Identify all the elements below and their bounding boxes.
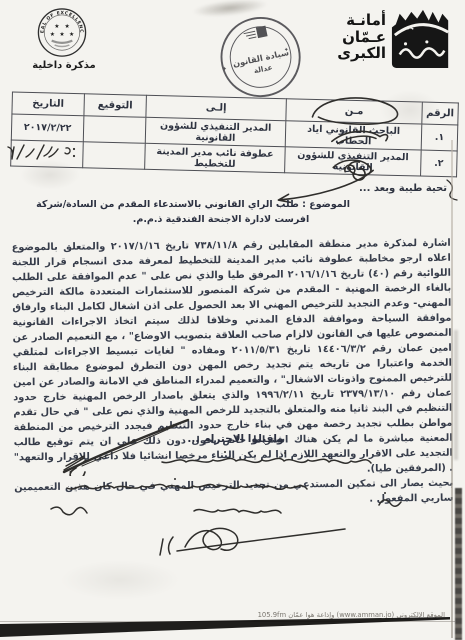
logo-line-1: أمانـة: [312, 12, 386, 29]
subject-line-2: افرست لادارة الاجنحة الفندقية ذ.م.م.: [92, 212, 350, 227]
svg-text:★: ★: [50, 31, 55, 38]
row2-signature-cell: [83, 142, 146, 170]
row2-to: عطوفة نائب مدير المدينة للتخطيط: [145, 143, 286, 172]
municipality-logo-text: أمانـة عـمّان الكبرى: [312, 12, 386, 62]
stamp-text-line2: عدالة: [253, 63, 273, 76]
amman-municipality-emblem-icon: [388, 6, 456, 74]
svg-text:★: ★: [69, 31, 74, 38]
handwritten-date: [0, 136, 80, 176]
scan-edge-bar: [0, 617, 458, 639]
document-type-label: مذكرة داخلية: [26, 60, 102, 71]
rule-of-law-stamp-icon: سيادة القانون عدالة ✦ ✦: [211, 7, 311, 111]
subject-block: الموضوع : طلب الراي القانوني بالاستدعاء …: [92, 197, 350, 227]
row1-signature-cell: [83, 116, 146, 144]
svg-text:★: ★: [65, 23, 70, 30]
svg-text:★: ★: [54, 23, 59, 30]
scan-edge-line: [451, 140, 453, 638]
col-header-number: الرقم: [422, 102, 459, 125]
scan-edge-shadow: [454, 330, 458, 460]
paper-blotch: [60, 560, 180, 600]
subject-line-1: الموضوع : طلب الراي القانوني بالاستدعاء …: [92, 197, 350, 212]
scanned-memo-page: أمانـة عـمّان الكبرى سيادة القانون عدالة…: [0, 0, 465, 640]
col-header-date: التاريخ: [12, 92, 85, 116]
row1-from: الباحث القانوني اياد الحطاب: [285, 121, 422, 150]
col-header-signature: التوقيع: [84, 94, 147, 118]
greeting-line: تحية طيبة وبعد ...: [359, 183, 447, 194]
svg-text:★: ★: [59, 31, 64, 38]
logo-line-2: عـمّان: [312, 29, 386, 46]
scan-edge-streak: [455, 488, 462, 640]
seal-of-excellence-icon: SEAL OF EXCELLENCE ★ ★ ★ ★ ★: [34, 6, 90, 66]
handwritten-remarks: [35, 449, 405, 564]
logo-line-3: الكبرى: [312, 45, 386, 62]
row1-to: المدير التنفيذي للشؤون القانونية: [145, 117, 286, 146]
svg-text:✦: ✦: [222, 65, 228, 73]
row2-from: المدير التنفيذي للشؤون القانونية: [285, 147, 422, 176]
